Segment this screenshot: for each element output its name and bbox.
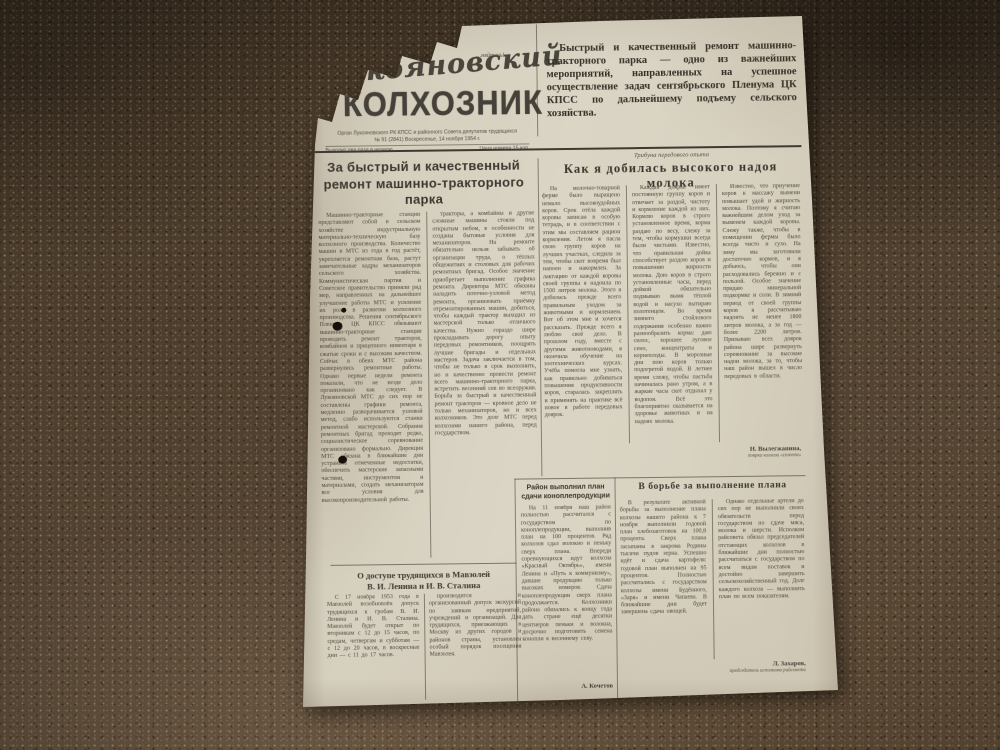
lead-paragraph: Быстрый и качественный ремонт машинно-тр…: [546, 39, 797, 120]
headline-mausoleum-article: О доступе трудящихся в Мавзолей В. И. Ле…: [325, 569, 523, 592]
punch-hole: [333, 322, 343, 331]
hemp-article-signature: А. Кочетов: [523, 682, 613, 690]
milk-column-rule-1: [626, 185, 630, 443]
hemp-article-column: На 11 ноября наш район полностью рассчит…: [521, 504, 613, 681]
milk-article-signature-note: доярка колхоза «Победа»: [707, 453, 801, 459]
milk-article-column-2: Каждая доярка имеет постоянную группу ко…: [632, 184, 713, 441]
carpet-background: …няйтесь! укояновский КОЛХОЗНИК Орган Лу…: [0, 0, 1000, 750]
milk-article-signature: Н. Вылегжанина,: [713, 445, 801, 453]
milk-article-column-3: Известно, что приучение коров к массажу …: [722, 183, 803, 434]
plan-article-signature: Л. Захаров,: [716, 660, 806, 668]
newspaper: …няйтесь! укояновский КОЛХОЗНИК Орган Лу…: [292, 6, 840, 714]
repair-column-rule: [426, 212, 431, 558]
masthead-title-script: укояновский: [347, 41, 549, 88]
headline-hemp-article: Район выполнил план сдачи коноплепродукц…: [520, 482, 612, 501]
headline-plan-article: В борьбе за выполнение плана: [619, 480, 805, 492]
bottom-section-rule: [514, 475, 805, 480]
headline-repair-article: За быстрый и качественный ремонт машинно…: [316, 157, 533, 209]
repair-article-column-1: Машинно-тракторные станции представляют …: [318, 212, 424, 559]
plan-article-column-2: Однако отдельные артели до сих пор не вы…: [718, 498, 806, 659]
plan-column-rule: [712, 499, 715, 659]
mausoleum-column-rule: [424, 594, 426, 700]
masthead-title: КОЛХОЗНИК: [343, 82, 539, 125]
milk-article-column-1: На молочно-товарной ферме было выращено …: [542, 185, 623, 442]
mausoleum-top-rule: [330, 563, 516, 566]
punch-hole: [338, 456, 347, 464]
newspaper-page: …няйтесь! укояновский КОЛХОЗНИК Орган Лу…: [292, 6, 840, 714]
newspaper-content: …няйтесь! укояновский КОЛХОЗНИК Орган Лу…: [288, 3, 845, 718]
milk-column-rule-2: [716, 184, 720, 442]
mausoleum-column-2: производится и организованный допуск экс…: [429, 593, 522, 700]
plan-article-signature-note: председатель исполкома райсовета: [708, 668, 806, 674]
hemp-right-rule: [614, 477, 618, 705]
punch-hole-small: [341, 308, 346, 313]
mausoleum-column-1: С 17 ноября 1953 года в Мавзолей возобно…: [327, 594, 420, 701]
plan-article-column-1: В результате активной борьбы за выполнен…: [620, 499, 708, 660]
